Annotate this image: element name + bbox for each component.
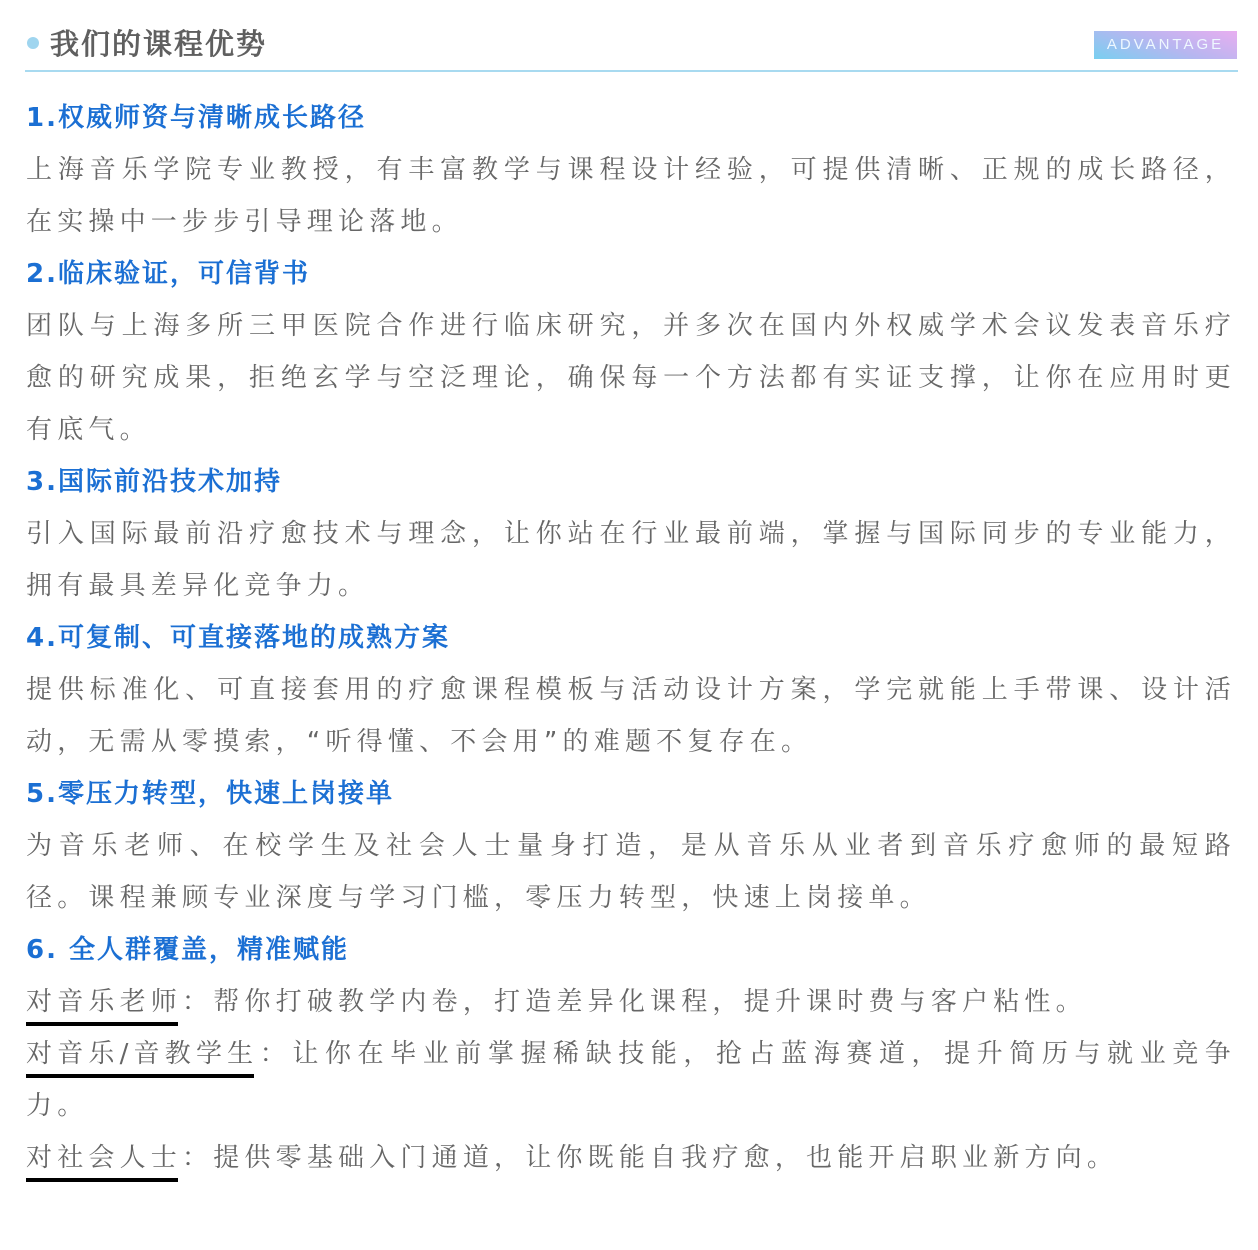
advantage-body: 团队与上海多所三甲医院合作进行临床研究，并多次在国内外权威学术会议发表音乐疗愈的… <box>26 300 1236 456</box>
advantage-item-3: 3.国际前沿技术加持 引入国际最前沿疗愈技术与理念，让你站在行业最前端，掌握与国… <box>26 456 1236 612</box>
bullet-dot-icon <box>27 37 39 49</box>
audience-separator: ： <box>182 987 213 1017</box>
audience-label: 对社会人士 <box>26 1132 182 1184</box>
advantage-title: 6. 全人群覆盖，精准赋能 <box>26 924 1236 976</box>
advantage-title: 4.可复制、可直接落地的成熟方案 <box>26 612 1236 664</box>
advantages-list: 1.权威师资与清晰成长路径 上海音乐学院专业教授，有丰富教学与课程设计经验，可提… <box>26 92 1236 1184</box>
advantage-body: 引入国际最前沿疗愈技术与理念，让你站在行业最前端，掌握与国际同步的专业能力，拥有… <box>26 508 1236 612</box>
advantage-title: 1.权威师资与清晰成长路径 <box>26 92 1236 144</box>
audience-item-public: 对社会人士：提供零基础入门通道，让你既能自我疗愈，也能开启职业新方向。 <box>26 1132 1236 1184</box>
audience-label: 对音乐/音教学生 <box>26 1028 258 1080</box>
advantage-title: 5.零压力转型，快速上岗接单 <box>26 768 1236 820</box>
advantage-item-4: 4.可复制、可直接落地的成熟方案 提供标准化、可直接套用的疗愈课程模板与活动设计… <box>26 612 1236 768</box>
advantage-badge: ADVANTAGE <box>1094 31 1237 59</box>
advantage-body: 提供标准化、可直接套用的疗愈课程模板与活动设计方案，学完就能上手带课、设计活动，… <box>26 664 1236 768</box>
header-divider <box>25 70 1238 72</box>
audience-item-teachers: 对音乐老师：帮你打破教学内卷，打造差异化课程，提升课时费与客户粘性。 <box>26 976 1236 1028</box>
audience-item-students: 对音乐/音教学生：让你在毕业前掌握稀缺技能，抢占蓝海赛道，提升简历与就业竞争力。 <box>26 1028 1236 1132</box>
audience-label: 对音乐老师 <box>26 976 182 1028</box>
page-title: 我们的课程优势 <box>50 24 267 64</box>
advantage-title: 3.国际前沿技术加持 <box>26 456 1236 508</box>
audience-separator: ： <box>258 1039 292 1069</box>
advantage-item-2: 2.临床验证，可信背书 团队与上海多所三甲医院合作进行临床研究，并多次在国内外权… <box>26 248 1236 456</box>
advantage-item-6: 6. 全人群覆盖，精准赋能 对音乐老师：帮你打破教学内卷，打造差异化课程，提升课… <box>26 924 1236 1184</box>
advantage-item-1: 1.权威师资与清晰成长路径 上海音乐学院专业教授，有丰富教学与课程设计经验，可提… <box>26 92 1236 248</box>
audience-text: 提供零基础入门通道，让你既能自我疗愈，也能开启职业新方向。 <box>213 1143 1118 1173</box>
advantage-body: 为音乐老师、在校学生及社会人士量身打造，是从音乐从业者到音乐疗愈师的最短路径。课… <box>26 820 1236 924</box>
advantage-item-5: 5.零压力转型，快速上岗接单 为音乐老师、在校学生及社会人士量身打造，是从音乐从… <box>26 768 1236 924</box>
section-header: 我们的课程优势 <box>24 22 1238 72</box>
advantage-title: 2.临床验证，可信背书 <box>26 248 1236 300</box>
advantage-body: 上海音乐学院专业教授，有丰富教学与课程设计经验，可提供清晰、正规的成长路径，在实… <box>26 144 1236 248</box>
audience-text: 帮你打破教学内卷，打造差异化课程，提升课时费与客户粘性。 <box>213 987 1087 1017</box>
audience-separator: ： <box>182 1143 213 1173</box>
